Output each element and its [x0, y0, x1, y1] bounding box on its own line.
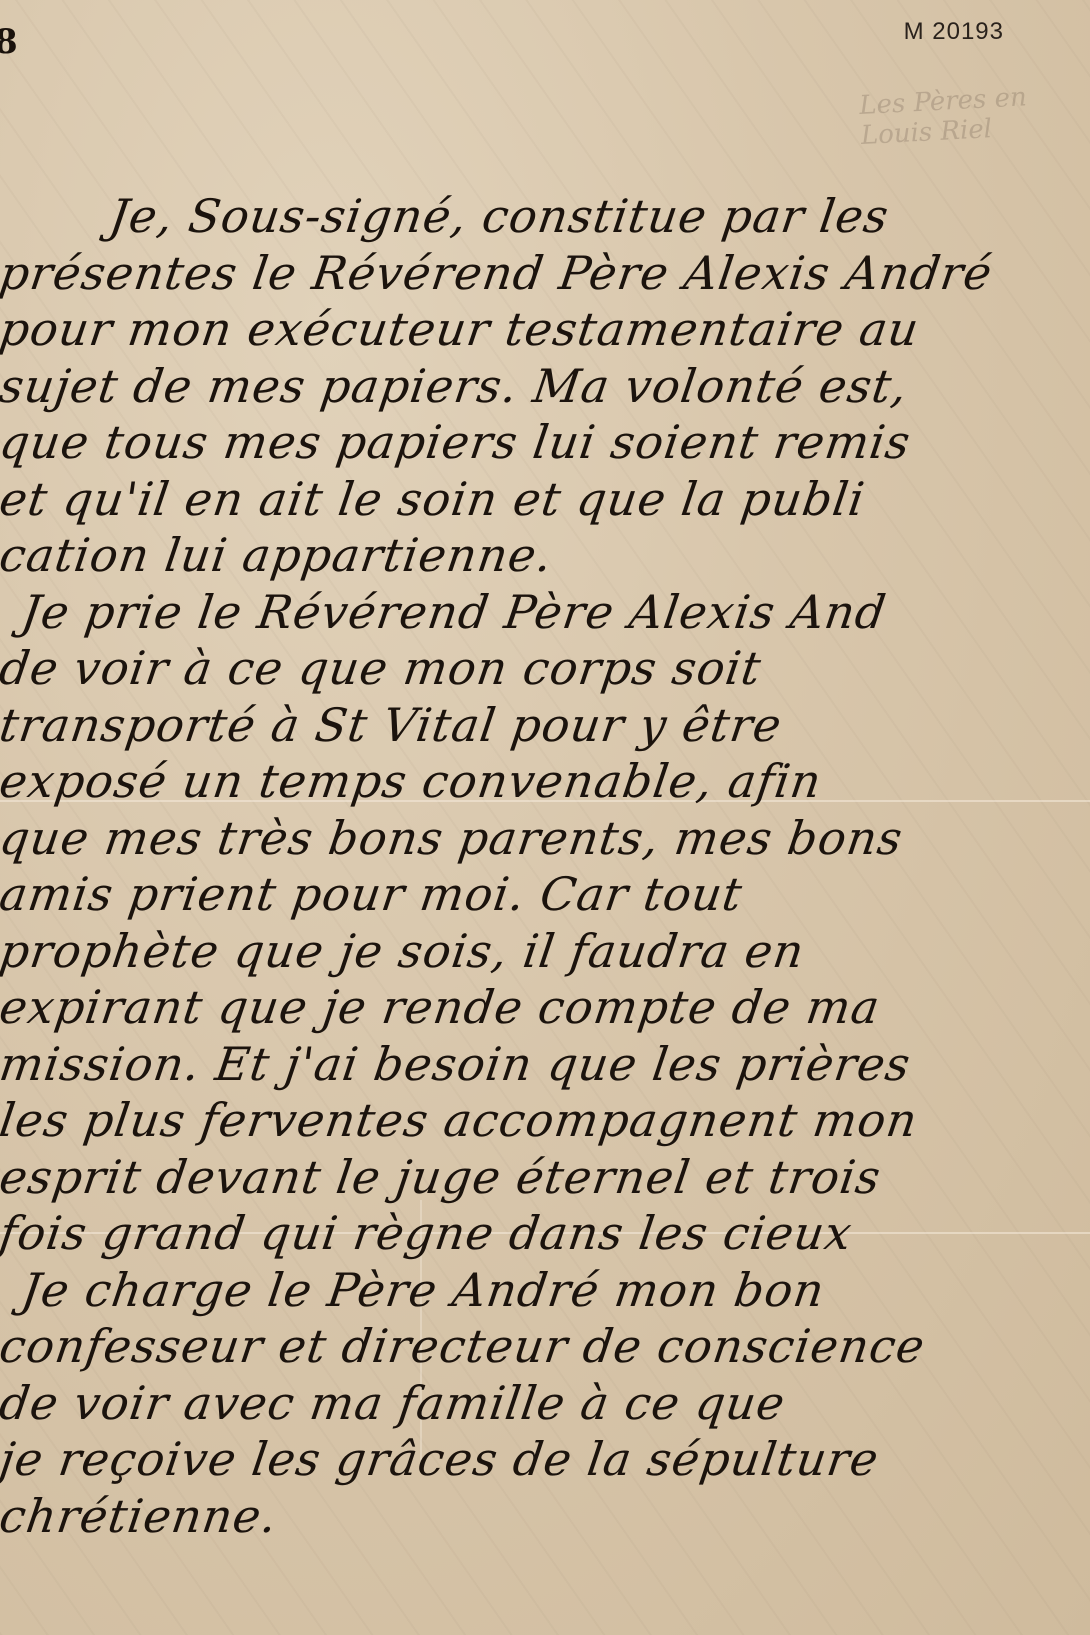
text-line: que mes très bons parents, mes bons: [0, 810, 1090, 867]
text-line: de voir à ce que mon corps soit: [0, 640, 1090, 697]
text-line: les plus ferventes accompagnent mon: [0, 1092, 1090, 1149]
text-line: Je prie le Révérend Père Alexis And: [0, 584, 1090, 641]
manuscript-page: 8 M 20193 Les Pères en Louis Riel Je, So…: [0, 0, 1090, 1635]
page-corner-mark: 8: [0, 22, 18, 62]
text-line: que tous mes papiers lui soient remis: [0, 414, 1090, 471]
text-line: chrétienne.: [0, 1488, 1090, 1545]
text-line: fois grand qui règne dans les cieux: [0, 1205, 1090, 1262]
text-line: sujet de mes papiers. Ma volonté est,: [0, 358, 1090, 415]
text-line: confesseur et directeur de conscience: [0, 1318, 1090, 1375]
text-line: cation lui appartienne.: [0, 527, 1090, 584]
text-line: je reçoive les grâces de la sépulture: [0, 1431, 1090, 1488]
text-line: pour mon exécuteur testamentaire au: [0, 301, 1090, 358]
archive-number: M 20193: [904, 18, 1004, 46]
handwritten-body: Je, Sous-signé, constitue par les présen…: [0, 188, 1090, 1544]
text-line: Je, Sous-signé, constitue par les: [0, 188, 1090, 245]
text-line: Je charge le Père André mon bon: [0, 1262, 1090, 1319]
text-line: de voir avec ma famille à ce que: [0, 1375, 1090, 1432]
text-line: esprit devant le juge éternel et trois: [0, 1149, 1090, 1206]
text-line: amis prient pour moi. Car tout: [0, 866, 1090, 923]
text-line: présentes le Révérend Père Alexis André: [0, 245, 1090, 302]
text-line: mission. Et j'ai besoin que les prières: [0, 1036, 1090, 1093]
text-line: transporté à St Vital pour y être: [0, 697, 1090, 754]
text-line: et qu'il en ait le soin et que la publi: [0, 471, 1090, 528]
bleed-through-text: Les Pères en Louis Riel: [859, 79, 1090, 151]
text-line: expirant que je rende compte de ma: [0, 979, 1090, 1036]
text-line: prophète que je sois, il faudra en: [0, 923, 1090, 980]
text-line: exposé un temps convenable, afin: [0, 753, 1090, 810]
